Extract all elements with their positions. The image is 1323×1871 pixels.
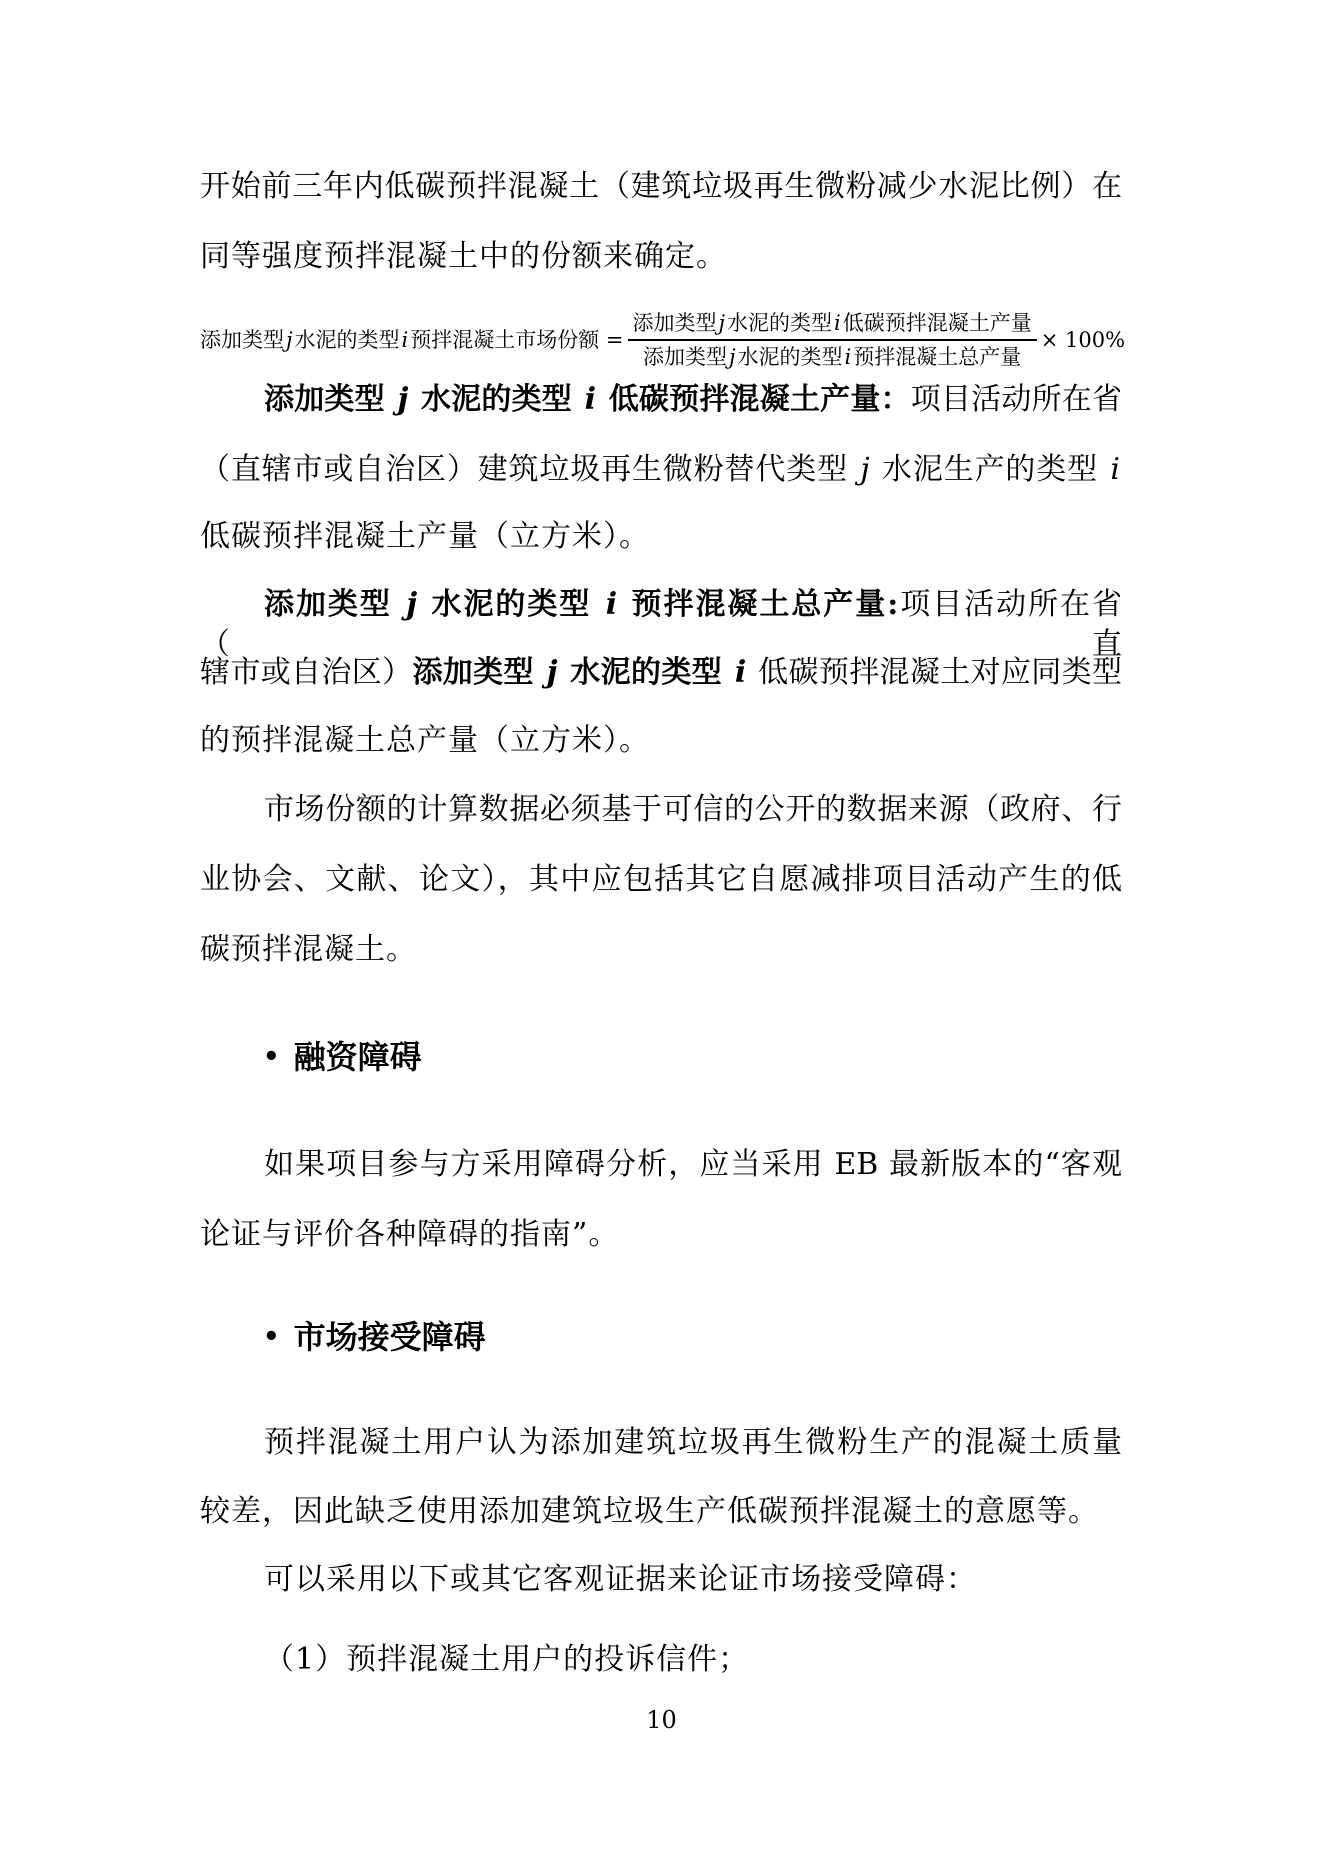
body-text-line: 较差，因此缺乏使用添加建筑垃圾生产低碳预拌混凝土的意愿等。 xyxy=(200,1492,1122,1532)
formula-denominator: 添加类型j水泥的类型i预拌混凝土总产量 xyxy=(628,339,1037,370)
body-text-line: （1）预拌混凝土用户的投诉信件； xyxy=(200,1640,1122,1680)
bullet-label: 市场接受障碍 xyxy=(294,1318,486,1356)
body-text-line: 同等强度预拌混凝土中的份额来确定。 xyxy=(200,237,1122,277)
formula-numerator: 添加类型j水泥的类型i低碳预拌混凝土产量 xyxy=(628,310,1037,339)
body-text-line: 市场份额的计算数据必须基于可信的公开的数据来源（政府、行 xyxy=(200,790,1122,830)
body-text-line: 辖市或自治区）添加类型 j 水泥的类型 i 低碳预拌混凝土对应同类型 xyxy=(200,653,1122,693)
market-share-formula: 添加类型j水泥的类型i预拌混凝土市场份额 = 添加类型j水泥的类型i低碳预拌混凝… xyxy=(200,300,1130,380)
formula-lhs: 添加类型j水泥的类型i预拌混凝土市场份额 = xyxy=(200,327,624,353)
body-text-line: （直辖市或自治区）建筑垃圾再生微粉替代类型 j 水泥生产的类型 i xyxy=(200,450,1122,490)
formula-fraction: 添加类型j水泥的类型i低碳预拌混凝土产量 添加类型j水泥的类型i预拌混凝土总产量 xyxy=(628,310,1037,370)
body-text-line: 预拌混凝土用户认为添加建筑垃圾再生微粉生产的混凝土质量 xyxy=(200,1423,1122,1463)
body-text-line: 可以采用以下或其它客观证据来论证市场接受障碍： xyxy=(200,1560,1122,1600)
body-text-line: 如果项目参与方采用障碍分析，应当采用 EB 最新版本的“客观 xyxy=(200,1145,1122,1185)
bullet-item-market-acceptance-barrier: •市场接受障碍 xyxy=(263,1317,486,1357)
body-text-line: 业协会、文献、论文），其中应包括其它自愿减排项目活动产生的低 xyxy=(200,860,1122,900)
body-text-line: 碳预拌混凝土。 xyxy=(200,930,1122,970)
body-text-line: 的预拌混凝土总产量（立方米）。 xyxy=(200,721,1122,761)
body-text-line: 论证与评价各种障碍的指南”。 xyxy=(200,1215,1122,1255)
formula-multiplier: × 100% xyxy=(1041,327,1125,353)
body-text-line: 开始前三年内低碳预拌混凝土（建筑垃圾再生微粉减少水泥比例）在 xyxy=(200,167,1122,207)
bullet-label: 融资障碍 xyxy=(294,1038,422,1076)
bullet-icon: • xyxy=(263,1322,280,1352)
page-number: 10 xyxy=(0,1705,1323,1735)
bullet-icon: • xyxy=(263,1042,280,1072)
bullet-item-financing-barrier: •融资障碍 xyxy=(263,1037,422,1077)
document-page: 开始前三年内低碳预拌混凝土（建筑垃圾再生微粉减少水泥比例）在 同等强度预拌混凝土… xyxy=(0,0,1323,1871)
body-text-line: 添加类型 j 水泥的类型 i 低碳预拌混凝土产量：项目活动所在省 xyxy=(200,380,1122,420)
body-text-line: 低碳预拌混凝土产量（立方米）。 xyxy=(200,517,1122,557)
